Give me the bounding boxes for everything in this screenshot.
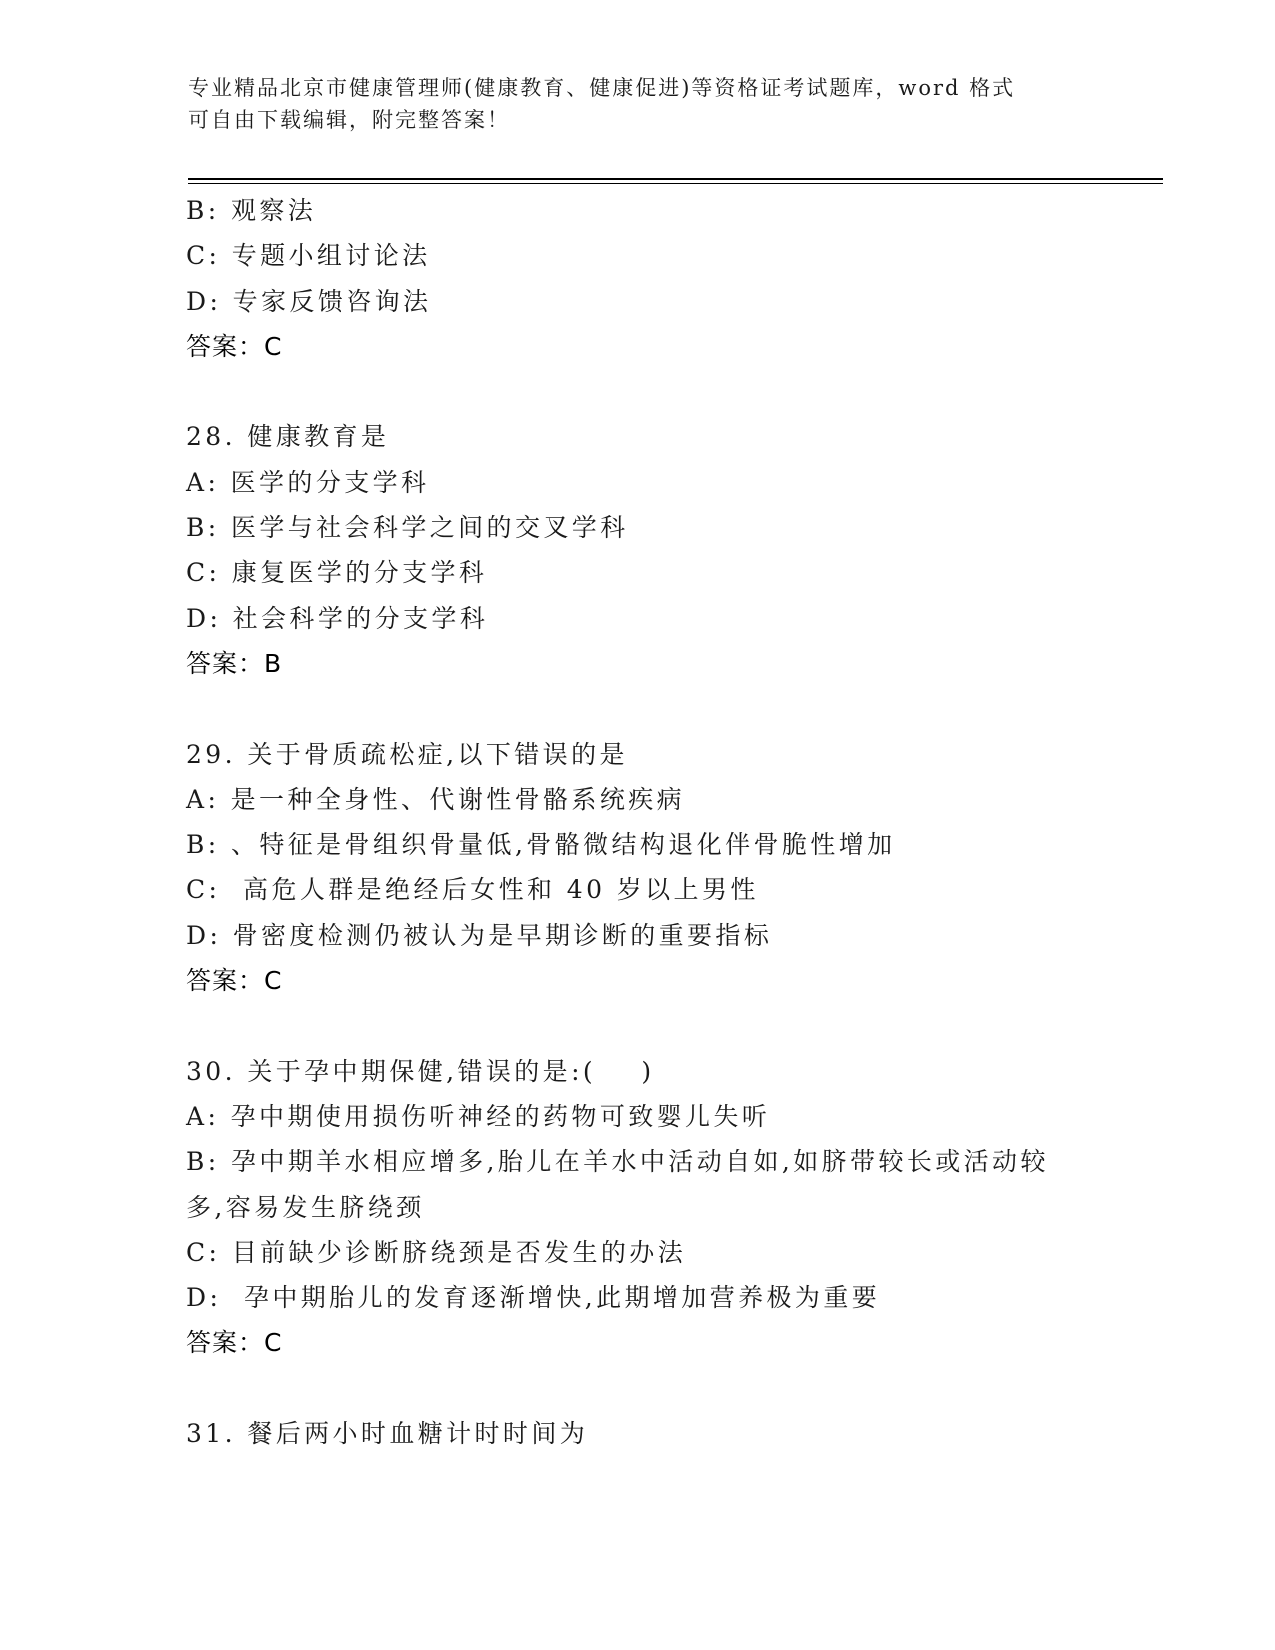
option-c: C: 康复医学的分支学科 — [186, 550, 1146, 595]
header-divider-thin — [188, 183, 1163, 184]
question-29: 29. 关于骨质疏松症,以下错误的是 A: 是一种全身性、代谢性骨骼系统疾病 B… — [186, 732, 1146, 1004]
question-list: B: 观察法 C: 专题小组讨论法 D: 专家反馈咨询法 答案：C 28. 健康… — [186, 188, 1146, 1456]
question-28: 28. 健康教育是 A: 医学的分支学科 B: 医学与社会科学之间的交叉学科 C… — [186, 414, 1146, 686]
option-d: D: 社会科学的分支学科 — [186, 596, 1146, 641]
option-d: D: 骨密度检测仍被认为是早期诊断的重要指标 — [186, 913, 1146, 958]
header-line-1: 专业精品北京市健康管理师(健康教育、健康促进)等资格证考试题库，word 格式 — [188, 72, 1168, 104]
question-stem: 29. 关于骨质疏松症,以下错误的是 — [186, 732, 1146, 777]
option-d: D: 专家反馈咨询法 — [186, 279, 1146, 324]
option-b: B: 观察法 — [186, 188, 1146, 233]
option-a: A: 医学的分支学科 — [186, 460, 1146, 505]
question-31: 31. 餐后两小时血糖计时时间为 — [186, 1411, 1146, 1456]
option-a: A: 是一种全身性、代谢性骨骼系统疾病 — [186, 777, 1146, 822]
answer-line: 答案：C — [186, 958, 1146, 1003]
option-d: D: 孕中期胎儿的发育逐渐增快,此期增加营养极为重要 — [186, 1275, 1146, 1320]
option-b-continuation: 多,容易发生脐绕颈 — [186, 1185, 1146, 1230]
answer-line: 答案：C — [186, 1320, 1146, 1365]
document-header: 专业精品北京市健康管理师(健康教育、健康促进)等资格证考试题库，word 格式 … — [188, 72, 1168, 136]
header-line-2: 可自由下载编辑，附完整答案！ — [188, 104, 1168, 136]
option-c: C: 高危人群是绝经后女性和 40 岁以上男性 — [186, 867, 1146, 912]
answer-line: 答案：C — [186, 324, 1146, 369]
option-b: B: 孕中期羊水相应增多,胎儿在羊水中活动自如,如脐带较长或活动较 — [186, 1139, 1146, 1184]
option-b: B: 、特征是骨组织骨量低,骨骼微结构退化伴骨脆性增加 — [186, 822, 1146, 867]
answer-line: 答案：B — [186, 641, 1146, 686]
option-c: C: 专题小组讨论法 — [186, 233, 1146, 278]
question-stem: 31. 餐后两小时血糖计时时间为 — [186, 1411, 1146, 1456]
option-c: C: 目前缺少诊断脐绕颈是否发生的办法 — [186, 1230, 1146, 1275]
header-divider-thick — [188, 178, 1163, 180]
question-27-fragment: B: 观察法 C: 专题小组讨论法 D: 专家反馈咨询法 答案：C — [186, 188, 1146, 369]
option-b: B: 医学与社会科学之间的交叉学科 — [186, 505, 1146, 550]
question-30: 30. 关于孕中期保健,错误的是:( ) A: 孕中期使用损伤听神经的药物可致婴… — [186, 1049, 1146, 1366]
question-stem: 30. 关于孕中期保健,错误的是:( ) — [186, 1049, 1146, 1094]
option-a: A: 孕中期使用损伤听神经的药物可致婴儿失听 — [186, 1094, 1146, 1139]
question-stem: 28. 健康教育是 — [186, 414, 1146, 459]
